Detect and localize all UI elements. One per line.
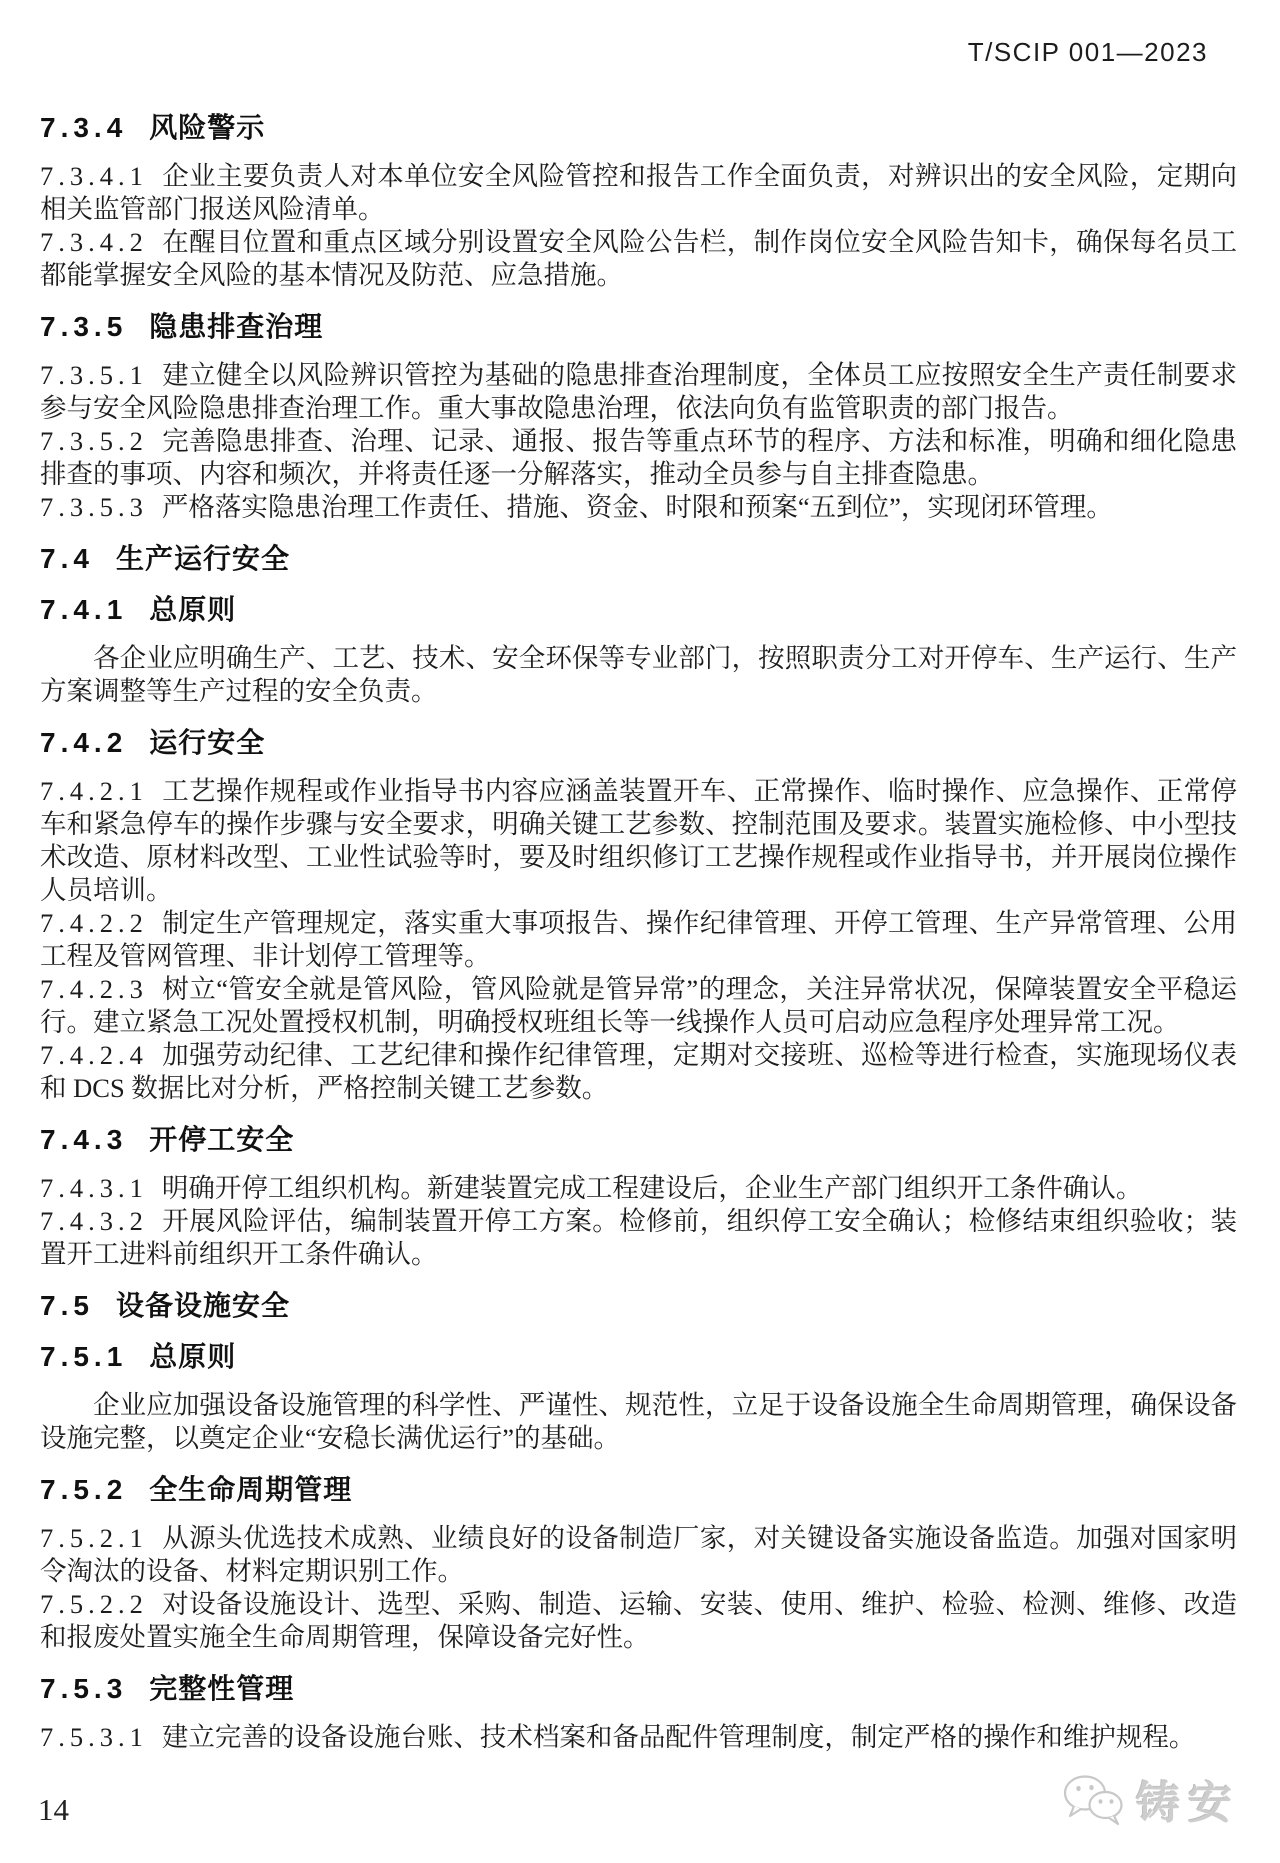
body-paragraph: 各企业应明确生产、工艺、技术、安全环保等专业部门，按照职责分工对开停车、生产运行…	[40, 642, 1237, 708]
clause-7.4.2.3: 7.4.2.3树立“管安全就是管风险，管风险就是管异常”的理念，关注异常状况，保…	[40, 973, 1237, 1039]
heading-title: 完整性管理	[149, 1673, 294, 1704]
clause-7.3.5.1: 7.3.5.1建立健全以风险辨识管控为基础的隐患排查治理制度，全体员工应按照安全…	[40, 359, 1237, 425]
clause-text: 工艺操作规程或作业指导书内容应涵盖装置开车、正常操作、临时操作、应急操作、正常停…	[40, 776, 1237, 905]
clause-7.4.3.1: 7.4.3.1明确开停工组织机构。新建装置完成工程建设后，企业生产部门组织开工条…	[40, 1172, 1237, 1205]
clause-number: 7.5.2.1	[40, 1523, 148, 1553]
clause-7.4.2.1: 7.4.2.1工艺操作规程或作业指导书内容应涵盖装置开车、正常操作、临时操作、应…	[40, 775, 1237, 907]
heading-number: 7.5.2	[40, 1474, 127, 1505]
clause-text: 企业应加强设备设施管理的科学性、严谨性、规范性，立足于设备设施全生命周期管理，确…	[40, 1390, 1237, 1453]
clause-7.3.5.3: 7.3.5.3严格落实隐患治理工作责任、措施、资金、时限和预案“五到位”，实现闭…	[40, 491, 1237, 524]
heading-number: 7.5.3	[40, 1673, 127, 1704]
clause-7.5.3.1: 7.5.3.1建立完善的设备设施台账、技术档案和备品配件管理制度，制定严格的操作…	[40, 1721, 1237, 1754]
clause-text: 企业主要负责人对本单位安全风险管控和报告工作全面负责，对辨识出的安全风险，定期向…	[40, 161, 1237, 224]
heading-title: 全生命周期管理	[149, 1474, 352, 1505]
watermark: 铸安	[1062, 1774, 1240, 1833]
clause-text: 开展风险评估，编制装置开停工方案。检修前，组织停工安全确认；检修结束组织验收；装…	[40, 1206, 1237, 1269]
clause-text: 明确开停工组织机构。新建装置完成工程建设后，企业生产部门组织开工条件确认。	[162, 1173, 1143, 1203]
document-body: 7.3.4风险警示7.3.4.1企业主要负责人对本单位安全风险管控和报告工作全面…	[0, 69, 1280, 1754]
heading-number: 7.4.1	[40, 594, 127, 625]
heading-title: 生产运行安全	[116, 543, 290, 574]
heading-title: 风险警示	[149, 112, 265, 143]
section-heading-7.5: 7.5设备设施安全	[40, 1289, 1237, 1322]
clause-number: 7.3.5.1	[40, 360, 148, 390]
standard-code: T/SCIP 001—2023	[968, 37, 1208, 67]
heading-title: 隐患排查治理	[149, 311, 323, 342]
section-heading-7.5.3: 7.5.3完整性管理	[40, 1672, 1237, 1705]
clause-number: 7.4.2.1	[40, 776, 148, 806]
clause-text: 从源头优选技术成熟、业绩良好的设备制造厂家，对关键设备实施设备监造。加强对国家明…	[40, 1523, 1237, 1586]
clause-text: 建立完善的设备设施台账、技术档案和备品配件管理制度，制定严格的操作和维护规程。	[162, 1722, 1196, 1752]
wechat-bubbles-icon	[1062, 1774, 1126, 1833]
heading-title: 运行安全	[149, 727, 265, 758]
clause-number: 7.3.5.2	[40, 426, 148, 456]
clause-7.3.4.1: 7.3.4.1企业主要负责人对本单位安全风险管控和报告工作全面负责，对辨识出的安…	[40, 160, 1237, 226]
clause-text: 建立健全以风险辨识管控为基础的隐患排查治理制度，全体员工应按照安全生产责任制要求…	[40, 360, 1237, 423]
clause-text: 在醒目位置和重点区域分别设置安全风险公告栏，制作岗位安全风险告知卡，确保每名员工…	[40, 227, 1237, 290]
body-paragraph: 企业应加强设备设施管理的科学性、严谨性、规范性，立足于设备设施全生命周期管理，确…	[40, 1389, 1237, 1455]
clause-number: 7.4.3.1	[40, 1173, 148, 1203]
clause-number: 7.4.2.4	[40, 1040, 148, 1070]
clause-number: 7.3.4.2	[40, 227, 148, 257]
section-heading-7.4.2: 7.4.2运行安全	[40, 726, 1237, 759]
clause-text: 严格落实隐患治理工作责任、措施、资金、时限和预案“五到位”，实现闭环管理。	[162, 492, 1113, 522]
heading-number: 7.4.2	[40, 727, 127, 758]
clause-7.4.2.2: 7.4.2.2制定生产管理规定，落实重大事项报告、操作纪律管理、开停工管理、生产…	[40, 907, 1237, 973]
clause-text: 对设备设施设计、选型、采购、制造、运输、安装、使用、维护、检验、检测、维修、改造…	[40, 1589, 1237, 1652]
clause-text: 制定生产管理规定，落实重大事项报告、操作纪律管理、开停工管理、生产异常管理、公用…	[40, 908, 1237, 971]
clause-text: 树立“管安全就是管风险，管风险就是管异常”的理念，关注异常状况，保障装置安全平稳…	[40, 974, 1237, 1037]
watermark-text: 铸安	[1136, 1778, 1240, 1830]
document-page: T/SCIP 001—2023 7.3.4风险警示7.3.4.1企业主要负责人对…	[0, 0, 1280, 1863]
clause-7.4.2.4: 7.4.2.4加强劳动纪律、工艺纪律和操作纪律管理，定期对交接班、巡检等进行检查…	[40, 1039, 1237, 1105]
section-heading-7.3.5: 7.3.5隐患排查治理	[40, 310, 1237, 343]
page-number: 14	[38, 1793, 69, 1826]
heading-title: 总原则	[149, 1341, 236, 1372]
clause-number: 7.4.2.3	[40, 974, 148, 1004]
clause-7.4.3.2: 7.4.3.2开展风险评估，编制装置开停工方案。检修前，组织停工安全确认；检修结…	[40, 1205, 1237, 1271]
clause-number: 7.4.2.2	[40, 908, 148, 938]
section-heading-7.4.3: 7.4.3开停工安全	[40, 1123, 1237, 1156]
heading-number: 7.3.5	[40, 311, 127, 342]
clause-text: 完善隐患排查、治理、记录、通报、报告等重点环节的程序、方法和标准，明确和细化隐患…	[40, 426, 1237, 489]
heading-title: 设备设施安全	[116, 1290, 290, 1321]
clause-number: 7.5.3.1	[40, 1722, 148, 1752]
heading-title: 开停工安全	[149, 1124, 294, 1155]
clause-number: 7.5.2.2	[40, 1589, 148, 1619]
clause-number: 7.3.4.1	[40, 161, 148, 191]
heading-number: 7.3.4	[40, 112, 127, 143]
clause-7.3.5.2: 7.3.5.2完善隐患排查、治理、记录、通报、报告等重点环节的程序、方法和标准，…	[40, 425, 1237, 491]
clause-text: 加强劳动纪律、工艺纪律和操作纪律管理，定期对交接班、巡检等进行检查，实施现场仪表…	[40, 1040, 1237, 1103]
clause-7.3.4.2: 7.3.4.2在醒目位置和重点区域分别设置安全风险公告栏，制作岗位安全风险告知卡…	[40, 226, 1237, 292]
section-heading-7.3.4: 7.3.4风险警示	[40, 111, 1237, 144]
clause-number: 7.4.3.2	[40, 1206, 148, 1236]
clause-text: 各企业应明确生产、工艺、技术、安全环保等专业部门，按照职责分工对开停车、生产运行…	[40, 643, 1237, 706]
heading-number: 7.4	[40, 543, 94, 574]
section-heading-7.5.1: 7.5.1总原则	[40, 1340, 1237, 1373]
page-header: T/SCIP 001—2023	[0, 0, 1280, 69]
section-heading-7.4: 7.4生产运行安全	[40, 542, 1237, 575]
clause-7.5.2.1: 7.5.2.1从源头优选技术成熟、业绩良好的设备制造厂家，对关键设备实施设备监造…	[40, 1522, 1237, 1588]
heading-number: 7.4.3	[40, 1124, 127, 1155]
clause-number: 7.3.5.3	[40, 492, 148, 522]
heading-number: 7.5	[40, 1290, 94, 1321]
section-heading-7.5.2: 7.5.2全生命周期管理	[40, 1473, 1237, 1506]
section-heading-7.4.1: 7.4.1总原则	[40, 593, 1237, 626]
heading-number: 7.5.1	[40, 1341, 127, 1372]
clause-7.5.2.2: 7.5.2.2对设备设施设计、选型、采购、制造、运输、安装、使用、维护、检验、检…	[40, 1588, 1237, 1654]
heading-title: 总原则	[149, 594, 236, 625]
